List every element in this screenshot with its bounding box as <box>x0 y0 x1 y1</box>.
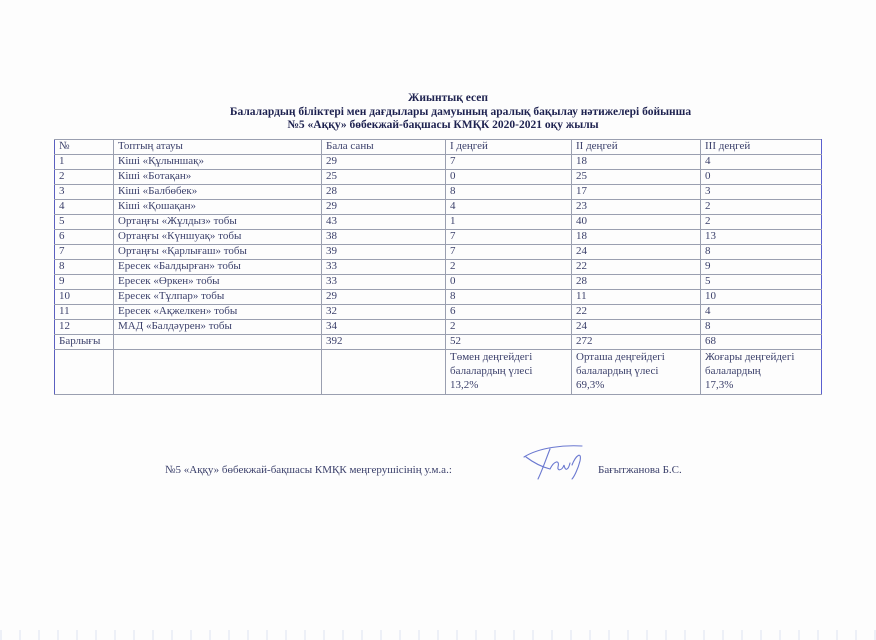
level-2-count: 22 <box>572 305 701 320</box>
group-name: Ортаңғы «Күншуақ» тобы <box>114 230 322 245</box>
totals-level-3: 68 <box>701 335 822 350</box>
row-number: 5 <box>55 215 114 230</box>
shares-empty-count <box>322 350 446 395</box>
level-1-count: 8 <box>446 290 572 305</box>
document-title: Жиынтық есеп <box>0 92 876 106</box>
table-row: 9Ересек «Өркен» тобы330285 <box>55 275 822 290</box>
row-number: 4 <box>55 200 114 215</box>
share-text-line: Жоғары деңгейдегі <box>705 350 821 364</box>
totals-level-1: 52 <box>446 335 572 350</box>
level-3-count: 2 <box>701 215 822 230</box>
group-name: Кіші «Қошақан» <box>114 200 322 215</box>
document-heading: Жиынтық есеп Балалардың біліктері мен да… <box>0 92 876 133</box>
shares-empty-name <box>114 350 322 395</box>
children-count: 29 <box>322 155 446 170</box>
table-row: 1Кіші «Құлыншақ»297184 <box>55 155 822 170</box>
table-row: 2Кіші «Ботақан»250250 <box>55 170 822 185</box>
header-number: № <box>55 140 114 155</box>
children-count: 32 <box>322 305 446 320</box>
row-number: 11 <box>55 305 114 320</box>
share-text-line: балалардың үлесі <box>450 364 571 378</box>
header-level-1: I деңгей <box>446 140 572 155</box>
children-count: 25 <box>322 170 446 185</box>
group-name: Ересек «Балдырған» тобы <box>114 260 322 275</box>
share-level-2: Орташа деңгейдегібалалардың үлесі69,3% <box>572 350 701 395</box>
row-number: 10 <box>55 290 114 305</box>
totals-row: Барлығы3925227268 <box>55 335 822 350</box>
institution-line: №5 «Аққу» бөбекжай-бақшасы КМҚК 2020-202… <box>0 119 876 133</box>
level-3-count: 8 <box>701 320 822 335</box>
level-1-count: 1 <box>446 215 572 230</box>
share-level-3: Жоғары деңгейдегібалалардың17,3% <box>701 350 822 395</box>
share-text-line: 17,3% <box>705 378 821 392</box>
table-row: 5Ортаңғы «Жұлдыз» тобы431402 <box>55 215 822 230</box>
children-count: 28 <box>322 185 446 200</box>
row-number: 3 <box>55 185 114 200</box>
level-1-count: 7 <box>446 245 572 260</box>
totals-level-2: 272 <box>572 335 701 350</box>
level-1-count: 2 <box>446 260 572 275</box>
level-1-count: 0 <box>446 170 572 185</box>
table-header-row: № Топтың атауы Бала саны I деңгей II дең… <box>55 140 822 155</box>
share-text-line: 69,3% <box>576 378 700 392</box>
row-number: 2 <box>55 170 114 185</box>
share-text-line: Төмен деңгейдегі <box>450 350 571 364</box>
share-text-line: 13,2% <box>450 378 571 392</box>
group-name: Кіші «Құлыншақ» <box>114 155 322 170</box>
group-name: Ересек «Тұлпар» тобы <box>114 290 322 305</box>
totals-empty <box>114 335 322 350</box>
table-row: 12МАД «Балдәурен» тобы342248 <box>55 320 822 335</box>
table-row: 6Ортаңғы «Күншуақ» тобы3871813 <box>55 230 822 245</box>
level-3-count: 4 <box>701 305 822 320</box>
level-2-count: 22 <box>572 260 701 275</box>
table-row: 8Ересек «Балдырған» тобы332229 <box>55 260 822 275</box>
level-2-count: 40 <box>572 215 701 230</box>
level-3-count: 2 <box>701 200 822 215</box>
group-name: Кіші «Балбөбек» <box>114 185 322 200</box>
level-3-count: 4 <box>701 155 822 170</box>
level-2-count: 25 <box>572 170 701 185</box>
children-count: 34 <box>322 320 446 335</box>
level-2-count: 11 <box>572 290 701 305</box>
children-count: 29 <box>322 290 446 305</box>
header-level-2: II деңгей <box>572 140 701 155</box>
signature-icon <box>520 443 590 483</box>
level-2-count: 24 <box>572 245 701 260</box>
totals-label: Барлығы <box>55 335 114 350</box>
share-level-1: Төмен деңгейдегібалалардың үлесі13,2% <box>446 350 572 395</box>
level-2-count: 18 <box>572 155 701 170</box>
table-row: 7Ортаңғы «Қарлығаш» тобы397248 <box>55 245 822 260</box>
row-number: 1 <box>55 155 114 170</box>
level-3-count: 5 <box>701 275 822 290</box>
level-1-count: 2 <box>446 320 572 335</box>
level-3-count: 9 <box>701 260 822 275</box>
group-name: Ортаңғы «Жұлдыз» тобы <box>114 215 322 230</box>
children-count: 33 <box>322 275 446 290</box>
level-3-count: 0 <box>701 170 822 185</box>
table-row: 10Ересек «Тұлпар» тобы2981110 <box>55 290 822 305</box>
level-1-count: 7 <box>446 230 572 245</box>
table-row: 11Ересек «Ақжелкен» тобы326224 <box>55 305 822 320</box>
signer-name: Бағытжанова Б.С. <box>598 464 682 476</box>
group-name: Ортаңғы «Қарлығаш» тобы <box>114 245 322 260</box>
group-name: Ересек «Ақжелкен» тобы <box>114 305 322 320</box>
row-number: 6 <box>55 230 114 245</box>
header-group-name: Топтың атауы <box>114 140 322 155</box>
totals-children: 392 <box>322 335 446 350</box>
shares-empty-number <box>55 350 114 395</box>
results-table: № Топтың атауы Бала саны I деңгей II дең… <box>54 139 822 395</box>
children-count: 38 <box>322 230 446 245</box>
level-2-count: 18 <box>572 230 701 245</box>
level-1-count: 0 <box>446 275 572 290</box>
scan-artifact <box>0 630 876 640</box>
level-2-count: 23 <box>572 200 701 215</box>
level-2-count: 17 <box>572 185 701 200</box>
group-name: МАД «Балдәурен» тобы <box>114 320 322 335</box>
children-count: 43 <box>322 215 446 230</box>
level-3-count: 10 <box>701 290 822 305</box>
level-1-count: 8 <box>446 185 572 200</box>
table-row: 3Кіші «Балбөбек»288173 <box>55 185 822 200</box>
level-2-count: 24 <box>572 320 701 335</box>
row-number: 7 <box>55 245 114 260</box>
header-children-count: Бала саны <box>322 140 446 155</box>
level-1-count: 6 <box>446 305 572 320</box>
level-3-count: 8 <box>701 245 822 260</box>
level-1-count: 7 <box>446 155 572 170</box>
row-number: 8 <box>55 260 114 275</box>
shares-row: Төмен деңгейдегібалалардың үлесі13,2%Орт… <box>55 350 822 395</box>
header-level-3: III деңгей <box>701 140 822 155</box>
children-count: 39 <box>322 245 446 260</box>
row-number: 12 <box>55 320 114 335</box>
share-text-line: Орташа деңгейдегі <box>576 350 700 364</box>
level-2-count: 28 <box>572 275 701 290</box>
level-3-count: 13 <box>701 230 822 245</box>
share-text-line: балалардың үлесі <box>576 364 700 378</box>
row-number: 9 <box>55 275 114 290</box>
document-subtitle: Балалардың біліктері мен дағдылары дамуы… <box>0 106 876 120</box>
table-row: 4Кіші «Қошақан»294232 <box>55 200 822 215</box>
level-1-count: 4 <box>446 200 572 215</box>
position-text: №5 «Аққу» бөбекжай-бақшасы КМҚК меңгеруш… <box>165 464 452 476</box>
level-3-count: 3 <box>701 185 822 200</box>
share-text-line: балалардың <box>705 364 821 378</box>
children-count: 33 <box>322 260 446 275</box>
group-name: Ересек «Өркен» тобы <box>114 275 322 290</box>
children-count: 29 <box>322 200 446 215</box>
group-name: Кіші «Ботақан» <box>114 170 322 185</box>
